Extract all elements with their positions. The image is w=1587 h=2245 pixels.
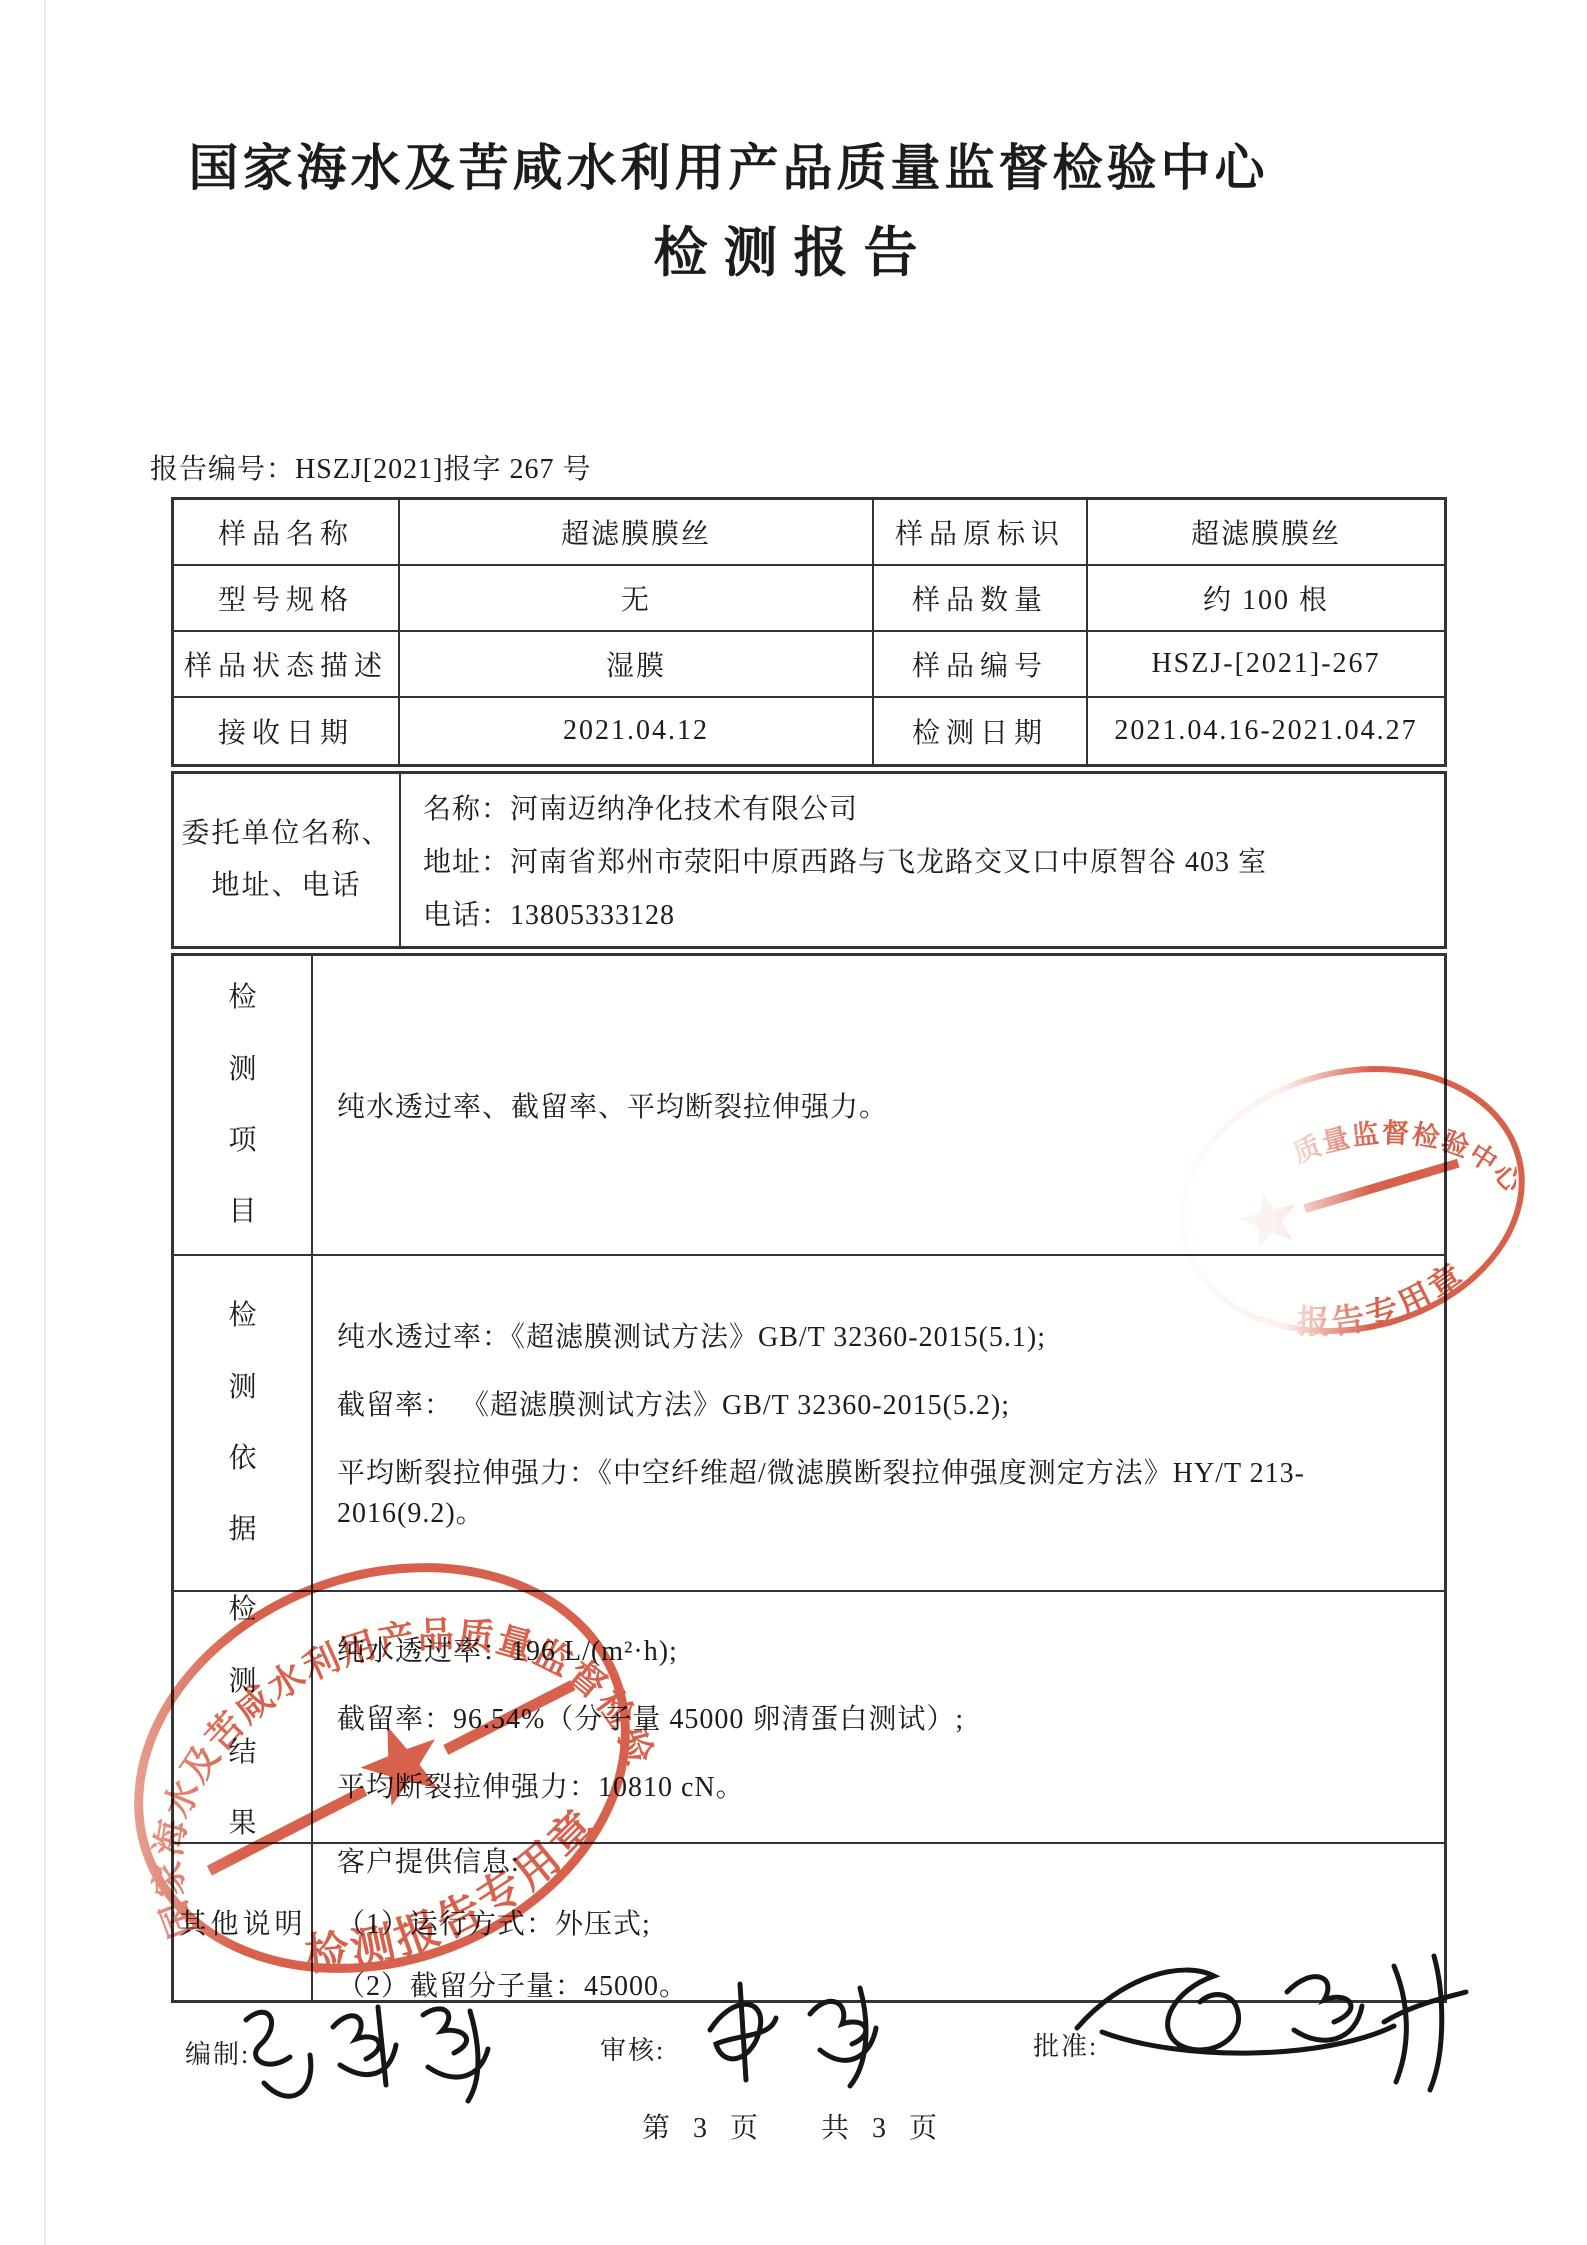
report-title: 检测报告 [0, 210, 1587, 287]
signature-prepared [228, 1985, 508, 2120]
sample-name-value: 超滤膜膜丝 [400, 500, 874, 566]
receive-date-label: 接收日期 [174, 698, 400, 764]
client-label: 委托单位名称、地址、电话 [174, 774, 401, 946]
reviewed-by-label: 审核: [600, 2030, 665, 2067]
page-footer: 第 3 页 共 3 页 [0, 2106, 1587, 2146]
org-title: 国家海水及苦咸水利用产品质量监督检验中心 [0, 128, 1587, 200]
test-sections-grid: 检测项目 纯水透过率、截留率、平均断裂拉伸强力。 检测依据 纯水透过率：《超滤膜… [171, 953, 1447, 2003]
test-basis-label: 检测依据 [174, 1256, 313, 1592]
report-number-value: HSZJ[2021]报字 267 号 [295, 454, 591, 485]
sample-number-label: 样品编号 [874, 632, 1088, 698]
test-items-content: 纯水透过率、截留率、平均断裂拉伸强力。 [313, 956, 1444, 1256]
sample-state-value: 湿膜 [400, 632, 874, 698]
receive-date-value: 2021.04.12 [400, 698, 874, 764]
sample-original-id-value: 超滤膜膜丝 [1088, 500, 1444, 566]
page-total: 共 3 页 [821, 2113, 945, 2144]
scan-artifact-line [44, 0, 46, 2245]
sample-quantity-value: 约 100 根 [1088, 566, 1444, 632]
sample-name-label: 样品名称 [174, 500, 400, 566]
client-content: 名称：河南迈纳净化技术有限公司 地址：河南省郑州市荥阳中原西路与飞龙路交叉口中原… [401, 774, 1444, 946]
report-page: 国家海水及苦咸水利用产品质量监督检验中心 检测报告 报告编号：HSZJ[2021… [0, 0, 1587, 2245]
other-notes-line: 客户提供信息: [337, 1840, 1444, 1880]
sample-quantity-label: 样品数量 [874, 566, 1088, 632]
signature-approved [1062, 1930, 1472, 2095]
client-address-line: 地址：河南省郑州市荥阳中原西路与飞龙路交叉口中原智谷 403 室 [423, 840, 1444, 880]
client-name-line: 名称：河南迈纳净化技术有限公司 [423, 787, 1444, 827]
test-result-label: 检测结果 [174, 1592, 313, 1844]
test-basis-line: 平均断裂拉伸强力：《中空纤维超/微滤膜断裂拉伸强度测定方法》HY/T 213-2… [337, 1451, 1444, 1531]
sample-original-id-label: 样品原标识 [874, 500, 1088, 566]
sample-number-value: HSZJ-[2021]-267 [1088, 632, 1444, 698]
test-result-content: 纯水透过率：196 L/(m²·h); 截留率：96.54%（分子量 45000… [313, 1592, 1444, 1844]
other-notes-label: 其他说明 [174, 1844, 313, 2000]
test-basis-line: 纯水透过率：《超滤膜测试方法》GB/T 32360-2015(5.1); [337, 1315, 1444, 1355]
report-number: 报告编号：HSZJ[2021]报字 267 号 [150, 447, 591, 487]
page-number: 第 3 页 [642, 2113, 766, 2144]
model-spec-value: 无 [400, 566, 874, 632]
signature-reviewed [678, 1972, 913, 2097]
test-date-value: 2021.04.16-2021.04.27 [1088, 698, 1444, 764]
report-table: 样品名称 超滤膜膜丝 样品原标识 超滤膜膜丝 型号规格 无 样品数量 约 100… [171, 497, 1447, 2003]
report-number-label: 报告编号： [150, 454, 295, 485]
test-result-line: 截留率：96.54%（分子量 45000 卵清蛋白测试）; [337, 1697, 1444, 1737]
test-items-label: 检测项目 [174, 956, 313, 1256]
test-items-line: 纯水透过率、截留率、平均断裂拉伸强力。 [337, 1085, 1444, 1125]
client-phone-line: 电话：13805333128 [423, 893, 1444, 933]
test-basis-line: 截留率： 《超滤膜测试方法》GB/T 32360-2015(5.2); [337, 1383, 1444, 1423]
sample-info-grid: 样品名称 超滤膜膜丝 样品原标识 超滤膜膜丝 型号规格 无 样品数量 约 100… [171, 497, 1447, 767]
model-spec-label: 型号规格 [174, 566, 400, 632]
client-info-row: 委托单位名称、地址、电话 名称：河南迈纳净化技术有限公司 地址：河南省郑州市荥阳… [171, 771, 1447, 949]
test-basis-content: 纯水透过率：《超滤膜测试方法》GB/T 32360-2015(5.1); 截留率… [313, 1256, 1444, 1592]
test-date-label: 检测日期 [874, 698, 1088, 764]
test-result-line: 纯水透过率：196 L/(m²·h); [337, 1629, 1444, 1669]
sample-state-label: 样品状态描述 [174, 632, 400, 698]
test-result-line: 平均断裂拉伸强力：10810 cN。 [337, 1765, 1444, 1805]
